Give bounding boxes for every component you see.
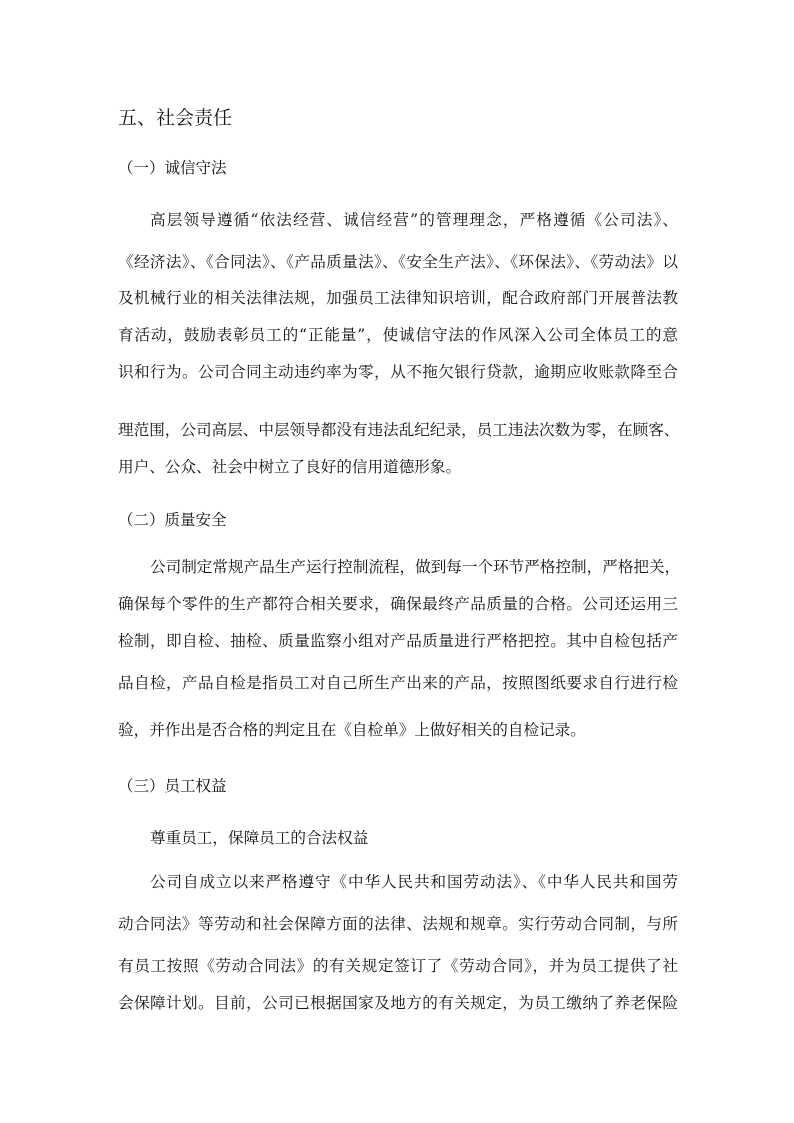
paragraph-line: 《经济法》、《合同法》、《产品质量法》、《安全生产法》、《环保法》、《劳动法》以 — [118, 252, 678, 272]
subsection-heading-employee-rights: （三）员工权益 — [118, 776, 227, 796]
paragraph-line: 育活动，鼓励表彰员工的“正能量”，使诚信守法的作风深入公司全体员工的意 — [118, 325, 678, 345]
paragraph-line: 公司自成立以来严格遵守《中华人民共和国劳动法》、《中华人民共和国劳 — [150, 872, 678, 892]
paragraph-line: 确保每个零件的生产都符合相关要求，确保最终产品质量的合格。公司还运用三 — [118, 594, 678, 614]
paragraph-line: 用户、公众、社会中树立了良好的信用道德形象。 — [118, 457, 678, 477]
paragraph-line: 会保障计划。目前，公司已根据国家及地方的有关规定，为员工缴纳了养老保险 — [118, 993, 678, 1013]
paragraph-line: 尊重员工，保障员工的合法权益 — [150, 828, 678, 848]
section-title: 五、社会责任 — [118, 106, 232, 130]
paragraph-line: 理范围，公司高层、中层领导都没有违法乱纪纪录，员工违法次数为零，在顾客、 — [118, 420, 678, 440]
subsection-heading-integrity: （一）诚信守法 — [118, 158, 227, 178]
paragraph-line: 品自检，产品自检是指员工对自己所生产出来的产品，按照图纸要求自行进行检 — [118, 673, 678, 693]
document-page: 五、社会责任 （一）诚信守法 高层领导遵循“依法经营、诚信经营”的管理理念，严格… — [0, 0, 794, 1123]
paragraph-line: 动合同法》等劳动和社会保障方面的法律、法规和规章。实行劳动合同制，与所 — [118, 914, 678, 934]
paragraph-line: 检制，即自检、抽检、质量监察小组对产品质量进行严格把控。其中自检包括产 — [118, 631, 678, 651]
paragraph-line: 高层领导遵循“依法经营、诚信经营”的管理理念，严格遵循《公司法》、 — [150, 210, 678, 230]
paragraph-line: 识和行为。公司合同主动违约率为零，从不拖欠银行贷款，逾期应收账款降至合 — [118, 362, 678, 382]
paragraph-line: 有员工按照《劳动合同法》的有关规定签订了《劳动合同》，并为员工提供了社 — [118, 956, 678, 976]
subsection-heading-quality: （二）质量安全 — [118, 510, 227, 530]
paragraph-line: 及机械行业的相关法律法规，加强员工法律知识培训，配合政府部门开展普法教 — [118, 288, 678, 308]
paragraph-line: 公司制定常规产品生产运行控制流程，做到每一个环节严格控制，严格把关， — [150, 557, 678, 577]
paragraph-line: 验，并作出是否合格的判定且在《自检单》上做好相关的自检记录。 — [118, 720, 678, 740]
